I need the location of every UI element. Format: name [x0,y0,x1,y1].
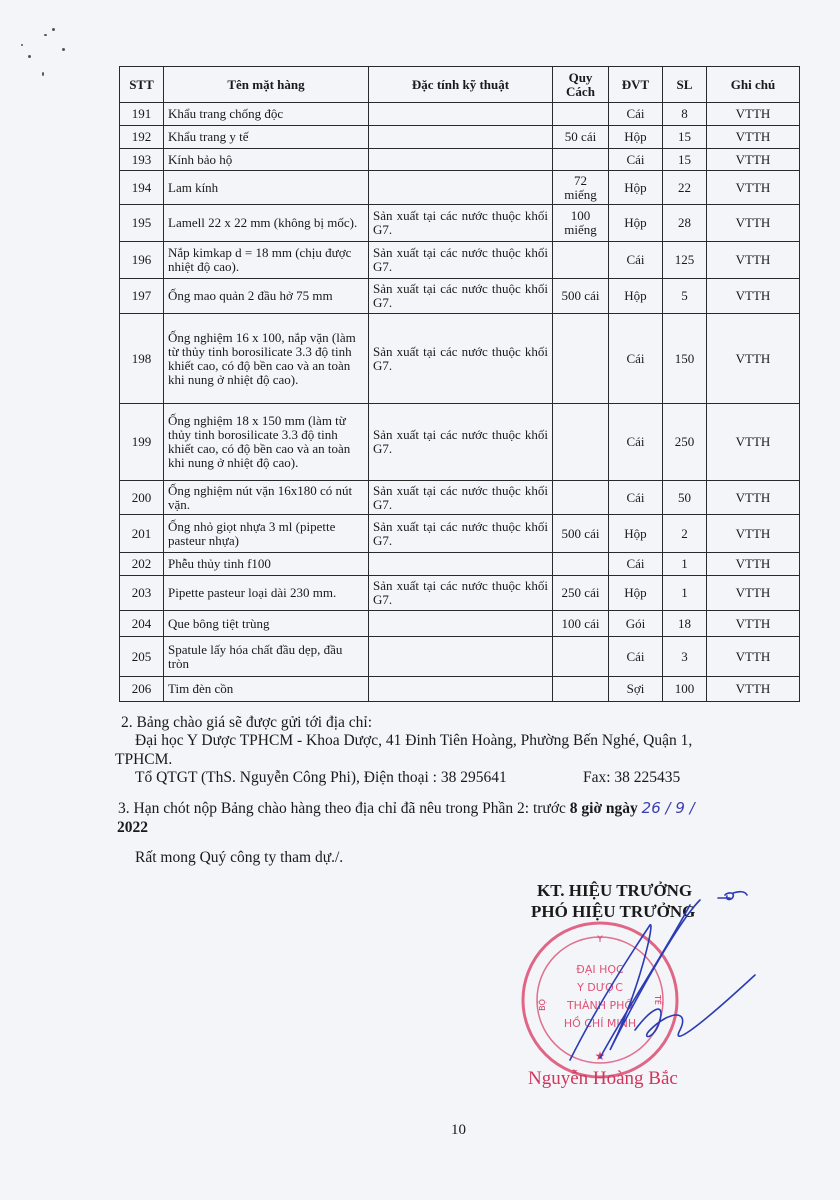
cell-packing: 500 cái [553,515,609,553]
cell-packing: 100 miếng [553,205,609,242]
cell-stt: 200 [120,481,164,515]
cell-stt: 192 [120,126,164,149]
table-row: 205Spatule lấy hóa chất đầu dẹp, đầu trò… [120,637,800,677]
cell-note: VTTH [707,171,800,205]
cell-spec: Sản xuất tại các nước thuộc khối G7. [369,242,553,279]
scan-speck [52,28,55,31]
cell-note: VTTH [707,481,800,515]
section-2-heading: 2. Bảng chào giá sẽ được gửi tới địa chỉ… [121,713,372,732]
cell-item-name: Pipette pasteur loại dài 230 mm. [164,576,369,611]
cell-item-name: Phễu thủy tinh f100 [164,553,369,576]
header-item-name: Tên mặt hàng [164,67,369,103]
section-3-deadline: 3. Hạn chót nộp Bảng chào hàng theo địa … [118,799,695,818]
cell-item-name: Khẩu trang y tế [164,126,369,149]
svg-text:Y DƯỢC: Y DƯỢC [576,981,623,994]
section-2-address-line2: TPHCM. [115,750,172,769]
cell-qty: 28 [663,205,707,242]
cell-stt: 198 [120,314,164,404]
cell-packing [553,103,609,126]
svg-text:ĐẠI HỌC: ĐẠI HỌC [576,963,624,976]
cell-spec [369,103,553,126]
table-row: 206Tim đèn cồnSợi100VTTH [120,677,800,702]
cell-qty: 3 [663,637,707,677]
cell-item-name: Que bông tiệt trùng [164,611,369,637]
cell-unit: Cái [609,553,663,576]
cell-stt: 201 [120,515,164,553]
table-row: 192Khẩu trang y tế50 cáiHộp15VTTH [120,126,800,149]
cell-stt: 194 [120,171,164,205]
svg-text:★: ★ [595,1049,606,1063]
cell-packing: 72 miếng [553,171,609,205]
page-number: 10 [451,1122,466,1139]
table-row: 196Nắp kimkap d = 18 mm (chịu được nhiệt… [120,242,800,279]
cell-packing: 50 cái [553,126,609,149]
table-row: 194Lam kính72 miếngHộp22VTTH [120,171,800,205]
cell-item-name: Ống nghiệm nút vặn 16x180 có nút vặn. [164,481,369,515]
cell-stt: 195 [120,205,164,242]
table-row: 197Ống mao quản 2 đầu hở 75 mmSản xuất t… [120,279,800,314]
scan-speck [28,55,31,58]
cell-stt: 193 [120,149,164,171]
cell-packing: 250 cái [553,576,609,611]
cell-stt: 196 [120,242,164,279]
cell-stt: 205 [120,637,164,677]
cell-item-name: Tim đèn cồn [164,677,369,702]
cell-packing [553,637,609,677]
table-row: 200Ống nghiệm nút vặn 16x180 có nút vặn.… [120,481,800,515]
cell-spec: Sản xuất tại các nước thuộc khối G7. [369,576,553,611]
header-packing: Quy Cách [553,67,609,103]
scan-speck [42,72,44,76]
cell-spec: Sản xuất tại các nước thuộc khối G7. [369,205,553,242]
header-unit: ĐVT [609,67,663,103]
cell-unit: Cái [609,637,663,677]
signature-title-1: KT. HIỆU TRƯỞNG [537,880,692,901]
cell-spec: Sản xuất tại các nước thuộc khối G7. [369,481,553,515]
table-row: 202Phễu thủy tinh f100Cái1VTTH [120,553,800,576]
closing-text: Rất mong Quý công ty tham dự./. [135,848,343,867]
cell-item-name: Lam kính [164,171,369,205]
items-table: STT Tên mặt hàng Đặc tính kỹ thuật Quy C… [119,66,800,702]
table-row: 198Ống nghiệm 16 x 100, nắp vặn (làm từ … [120,314,800,404]
cell-packing: 100 cái [553,611,609,637]
cell-spec [369,611,553,637]
cell-unit: Cái [609,242,663,279]
cell-qty: 150 [663,314,707,404]
section-2-contact: Tổ QTGT (ThS. Nguyễn Công Phi), Điện tho… [135,768,507,787]
scan-speck [21,44,23,46]
svg-text:BỘ: BỘ [536,999,547,1011]
cell-spec [369,553,553,576]
cell-packing [553,404,609,481]
table-row: 203Pipette pasteur loại dài 230 mm.Sản x… [120,576,800,611]
cell-unit: Hộp [609,279,663,314]
table-row: 195Lamell 22 x 22 mm (không bị mốc).Sản … [120,205,800,242]
cell-unit: Cái [609,149,663,171]
cell-unit: Cái [609,103,663,126]
cell-item-name: Nắp kimkap d = 18 mm (chịu được nhiệt độ… [164,242,369,279]
svg-text:Y: Y [596,935,603,945]
cell-note: VTTH [707,242,800,279]
cell-stt: 191 [120,103,164,126]
cell-note: VTTH [707,205,800,242]
cell-stt: 202 [120,553,164,576]
cell-stt: 203 [120,576,164,611]
table-row: 191Khẩu trang chống độcCái8VTTH [120,103,800,126]
handwritten-date: 26 / 9 / [642,799,695,817]
cell-item-name: Ống nghiệm 16 x 100, nắp vặn (làm từ thủ… [164,314,369,404]
cell-stt: 204 [120,611,164,637]
svg-text:HỒ CHÍ MINH: HỒ CHÍ MINH [564,1016,636,1030]
cell-note: VTTH [707,149,800,171]
cell-unit: Cái [609,314,663,404]
cell-qty: 1 [663,576,707,611]
cell-packing [553,481,609,515]
cell-packing [553,677,609,702]
header-note: Ghi chú [707,67,800,103]
table-row: 204Que bông tiệt trùng100 cáiGói18VTTH [120,611,800,637]
cell-unit: Gói [609,611,663,637]
cell-spec: Sản xuất tại các nước thuộc khối G7. [369,279,553,314]
cell-spec: Sản xuất tại các nước thuộc khối G7. [369,515,553,553]
signature-title-2: PHÓ HIỆU TRƯỞNG [531,901,695,922]
table-row: 199Ống nghiệm 18 x 150 mm (làm từ thủy t… [120,404,800,481]
signer-name: Nguyễn Hoàng Bắc [528,1068,678,1090]
section-3-year: 2022 [117,818,148,837]
cell-item-name: Khẩu trang chống độc [164,103,369,126]
cell-qty: 250 [663,404,707,481]
cell-qty: 22 [663,171,707,205]
header-stt: STT [120,67,164,103]
cell-note: VTTH [707,677,800,702]
cell-packing: 500 cái [553,279,609,314]
cell-packing [553,553,609,576]
cell-qty: 8 [663,103,707,126]
cell-item-name: Ống nghiệm 18 x 150 mm (làm từ thủy tinh… [164,404,369,481]
cell-unit: Hộp [609,126,663,149]
cell-note: VTTH [707,404,800,481]
cell-stt: 197 [120,279,164,314]
cell-unit: Cái [609,481,663,515]
cell-note: VTTH [707,103,800,126]
cell-unit: Hộp [609,576,663,611]
scan-speck [62,48,65,51]
cell-qty: 15 [663,149,707,171]
header-spec: Đặc tính kỹ thuật [369,67,553,103]
cell-unit: Cái [609,404,663,481]
cell-packing [553,242,609,279]
cell-note: VTTH [707,279,800,314]
cell-qty: 5 [663,279,707,314]
cell-qty: 125 [663,242,707,279]
table-row: 193Kính bảo hộCái15VTTH [120,149,800,171]
cell-qty: 50 [663,481,707,515]
cell-note: VTTH [707,637,800,677]
cell-spec: Sản xuất tại các nước thuộc khối G7. [369,404,553,481]
cell-note: VTTH [707,515,800,553]
cell-spec [369,171,553,205]
cell-spec: Sản xuất tại các nước thuộc khối G7. [369,314,553,404]
cell-note: VTTH [707,126,800,149]
cell-qty: 15 [663,126,707,149]
cell-packing [553,149,609,171]
cell-item-name: Lamell 22 x 22 mm (không bị mốc). [164,205,369,242]
cell-spec [369,126,553,149]
official-stamp-icon: Y ĐẠI HỌC Y DƯỢC THÀNH PHỐ HỒ CHÍ MINH B… [523,923,677,1077]
section-2-fax: Fax: 38 225435 [583,768,680,787]
cell-item-name: Ống mao quản 2 đầu hở 75 mm [164,279,369,314]
cell-note: VTTH [707,611,800,637]
cell-note: VTTH [707,576,800,611]
cell-item-name: Kính bảo hộ [164,149,369,171]
svg-text:TẾ: TẾ [653,994,664,1006]
cell-item-name: Spatule lấy hóa chất đầu dẹp, đầu tròn [164,637,369,677]
header-qty: SL [663,67,707,103]
cell-unit: Sợi [609,677,663,702]
cell-note: VTTH [707,553,800,576]
cell-spec [369,149,553,171]
deadline-time: 8 giờ ngày [570,800,638,817]
cell-unit: Hộp [609,205,663,242]
cell-spec [369,677,553,702]
cell-qty: 2 [663,515,707,553]
cell-qty: 100 [663,677,707,702]
cell-unit: Hộp [609,515,663,553]
svg-text:THÀNH PHỐ: THÀNH PHỐ [566,998,633,1012]
cell-stt: 199 [120,404,164,481]
table-row: 201Ống nhỏ giọt nhựa 3 ml (pipette paste… [120,515,800,553]
cell-qty: 1 [663,553,707,576]
scan-speck [44,34,47,36]
cell-note: VTTH [707,314,800,404]
cell-spec [369,637,553,677]
cell-packing [553,314,609,404]
cell-unit: Hộp [609,171,663,205]
table-header-row: STT Tên mặt hàng Đặc tính kỹ thuật Quy C… [120,67,800,103]
cell-qty: 18 [663,611,707,637]
table-body: 191Khẩu trang chống độcCái8VTTH192Khẩu t… [120,103,800,702]
cell-stt: 206 [120,677,164,702]
cell-item-name: Ống nhỏ giọt nhựa 3 ml (pipette pasteur … [164,515,369,553]
section-2-address-line1: Đại học Y Dược TPHCM - Khoa Dược, 41 Đin… [135,731,692,750]
deadline-text: 3. Hạn chót nộp Bảng chào hàng theo địa … [118,800,570,817]
